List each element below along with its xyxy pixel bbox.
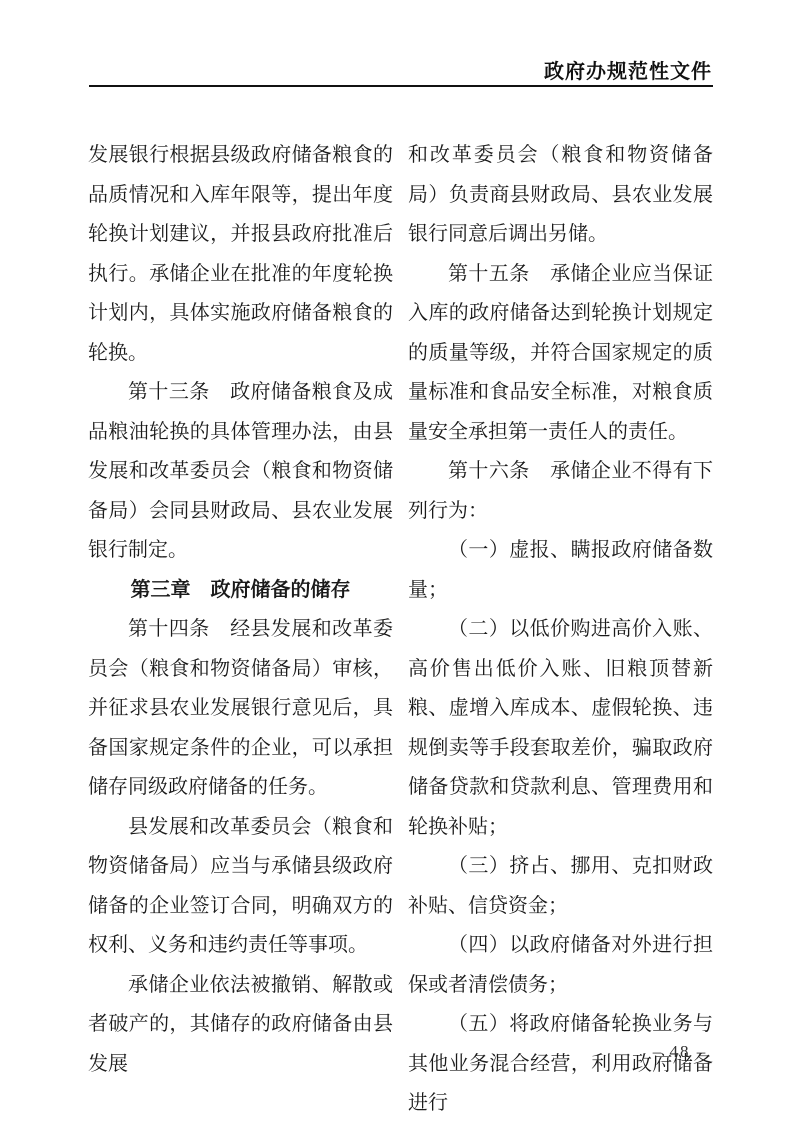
page-header-label: 政府办规范性文件 <box>544 55 712 84</box>
prohibited-item-1: （一）虚报、瞒报政府储备数量； <box>408 531 713 610</box>
right-column: 和改革委员会（粮食和物资储备局）负责商县财政局、县农业发展银行同意后调出另储。 … <box>408 136 713 1122</box>
two-column-body: 发展银行根据县级政府储备粮食的品质情况和入库年限等，提出年度轮换计划建议，并报县… <box>88 136 713 1122</box>
document-page: 政府办规范性文件 发展银行根据县级政府储备粮食的品质情况和入库年限等，提出年度轮… <box>0 0 793 1122</box>
article-14-paragraph: 第十四条 经县发展和改革委员会（粮食和物资储备局）审核，并征求县农业发展银行意见… <box>88 610 393 808</box>
dissolution-paragraph: 承储企业依法被撤销、解散或者破产的，其储存的政府储备由县发展 <box>88 966 393 1085</box>
prohibited-item-5: （五）将政府储备轮换业务与其他业务混合经营，利用政府储备进行 <box>408 1005 713 1122</box>
chapter-3-heading: 第三章 政府储备的储存 <box>88 571 393 611</box>
contract-paragraph: 县发展和改革委员会（粮食和物资储备局）应当与承储县级政府储备的企业签订合同，明确… <box>88 808 393 966</box>
prohibited-item-2: （二）以低价购进高价入账、高价售出低价入账、旧粮顶替新粮、虚增入库成本、虚假轮换… <box>408 610 713 847</box>
left-column: 发展银行根据县级政府储备粮食的品质情况和入库年限等，提出年度轮换计划建议，并报县… <box>88 136 393 1122</box>
prohibited-item-3: （三）挤占、挪用、克扣财政补贴、信贷资金； <box>408 847 713 926</box>
article-16-paragraph: 第十六条 承储企业不得有下列行为： <box>408 452 713 531</box>
header-rule <box>89 85 713 87</box>
prohibited-item-4: （四）以政府储备对外进行担保或者清偿债务； <box>408 926 713 1005</box>
continued-paragraph: 和改革委员会（粮食和物资储备局）负责商县财政局、县农业发展银行同意后调出另储。 <box>408 136 713 255</box>
continued-paragraph: 发展银行根据县级政府储备粮食的品质情况和入库年限等，提出年度轮换计划建议，并报县… <box>88 136 393 373</box>
page-number: – 48 – <box>640 1042 720 1062</box>
article-15-paragraph: 第十五条 承储企业应当保证入库的政府储备达到轮换计划规定的质量等级，并符合国家规… <box>408 255 713 453</box>
article-13-paragraph: 第十三条 政府储备粮食及成品粮油轮换的具体管理办法，由县发展和改革委员会（粮食和… <box>88 373 393 571</box>
